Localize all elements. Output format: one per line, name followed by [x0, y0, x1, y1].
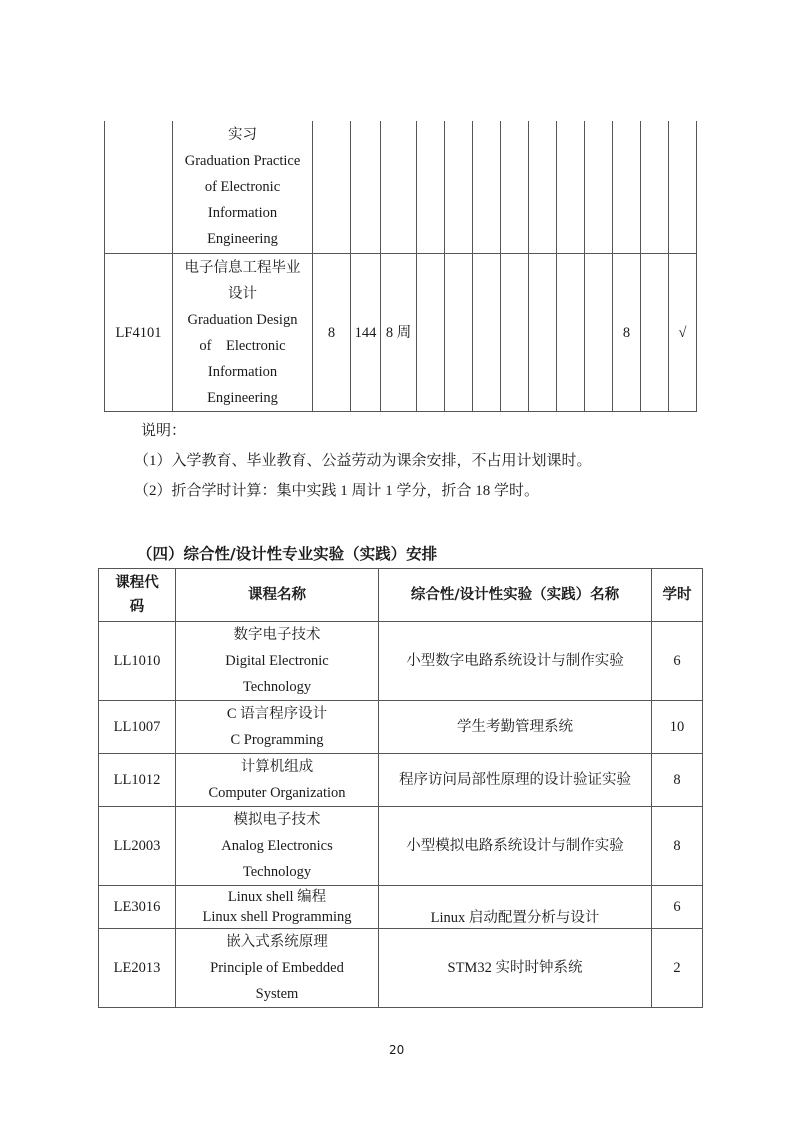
table-header-row: 课程代 码 课程名称 综合性/设计性实验（实践）名称 学时 [99, 569, 703, 622]
course-code-cell: LL1007 [99, 701, 176, 754]
hours-cell: 144 [351, 254, 381, 412]
experiment-schedule-table: 课程代 码 课程名称 综合性/设计性实验（实践）名称 学时 LL1010 数字电… [98, 568, 703, 1008]
header-experiment-name: 综合性/设计性实验（实践）名称 [379, 569, 652, 622]
experiment-name-cell: 程序访问局部性原理的设计验证实验 [379, 754, 652, 807]
course-name-line: System [176, 981, 378, 1007]
course-name-line: 嵌入式系统原理 [176, 929, 378, 955]
data-cell [417, 121, 445, 254]
data-cell [641, 254, 669, 412]
data-cell [501, 121, 529, 254]
hours-cell: 6 [652, 622, 703, 701]
course-code-cell: LL1012 [99, 754, 176, 807]
course-name-line: 模拟电子技术 [176, 807, 378, 833]
notes-title: 说明： [141, 421, 186, 441]
practice-schedule-table: 实习 Graduation Practice of Electronic Inf… [104, 121, 697, 412]
course-code-cell: LE2013 [99, 929, 176, 1008]
table-row: LL2003 模拟电子技术 Analog Electronics Technol… [99, 807, 703, 886]
course-name-line: Digital Electronic [176, 648, 378, 674]
section-heading: （四）综合性/设计性专业实验（实践）安排 [137, 542, 437, 564]
data-cell [417, 254, 445, 412]
course-name-line: Engineering [173, 385, 312, 411]
table-row: LE3016 Linux shell 编程 Linux shell Progra… [99, 886, 703, 929]
course-name-line: C Programming [176, 727, 378, 753]
course-name-line: Information [173, 200, 312, 226]
course-name-line: Engineering [173, 226, 312, 252]
course-name-line: 实习 [173, 122, 312, 148]
course-code-cell: LL1010 [99, 622, 176, 701]
data-cell [557, 121, 585, 254]
table-row: 实习 Graduation Practice of Electronic Inf… [105, 121, 697, 254]
data-cell [351, 121, 381, 254]
course-name-line: of Electronic [173, 174, 312, 200]
data-cell [557, 254, 585, 412]
experiment-name-cell: 小型数字电路系统设计与制作实验 [379, 622, 652, 701]
header-text: 课程代 [99, 571, 175, 595]
data-cell [613, 121, 641, 254]
course-name-cell: 模拟电子技术 Analog Electronics Technology [176, 807, 379, 886]
data-cell [585, 254, 613, 412]
table-row: LF4101 电子信息工程毕业 设计 Graduation Design of … [105, 254, 697, 412]
header-hours: 学时 [652, 569, 703, 622]
course-code-cell: LE3016 [99, 886, 176, 929]
course-name-line: Analog Electronics [176, 833, 378, 859]
semester-weeks-cell: 8 [613, 254, 641, 412]
course-code-cell: LL2003 [99, 807, 176, 886]
course-name-cell: 计算机组成 Computer Organization [176, 754, 379, 807]
course-name-cell: 数字电子技术 Digital Electronic Technology [176, 622, 379, 701]
course-name-cell: 电子信息工程毕业 设计 Graduation Design of Electro… [173, 254, 313, 412]
course-name-line: Computer Organization [176, 780, 378, 806]
course-name-line: Linux shell 编程 [176, 887, 378, 907]
header-course-name: 课程名称 [176, 569, 379, 622]
experiment-name-cell: Linux 启动配置分析与设计 [379, 886, 652, 929]
course-name-line: of Electronic [173, 333, 312, 359]
note-item: （1）入学教育、毕业教育、公益劳动为课余安排，不占用计划课时。 [134, 451, 592, 471]
page-number: 20 [389, 1043, 404, 1057]
course-name-line: Graduation Design [173, 307, 312, 333]
experiment-name-cell: STM32 实时时钟系统 [379, 929, 652, 1008]
experiment-name-cell: 小型模拟电路系统设计与制作实验 [379, 807, 652, 886]
course-name-line: 数字电子技术 [176, 622, 378, 648]
data-cell [445, 121, 473, 254]
table-row: LL1010 数字电子技术 Digital Electronic Technol… [99, 622, 703, 701]
hours-cell: 8 [652, 807, 703, 886]
course-name-line: 计算机组成 [176, 754, 378, 780]
checkmark-cell: √ [669, 254, 697, 412]
course-code-cell: LF4101 [105, 254, 173, 412]
data-cell [445, 254, 473, 412]
table-row: LL1007 C 语言程序设计 C Programming 学生考勤管理系统 1… [99, 701, 703, 754]
hours-cell: 6 [652, 886, 703, 929]
data-cell [381, 121, 417, 254]
data-cell [473, 254, 501, 412]
course-name-cell: 嵌入式系统原理 Principle of Embedded System [176, 929, 379, 1008]
course-name-line: Information [173, 359, 312, 385]
note-item: （2）折合学时计算：集中实践 1 周计 1 学分，折合 18 学时。 [134, 481, 539, 501]
header-course-code: 课程代 码 [99, 569, 176, 622]
course-name-cell: 实习 Graduation Practice of Electronic Inf… [173, 121, 313, 254]
hours-cell: 8 [652, 754, 703, 807]
course-name-line: 电子信息工程毕业 [173, 255, 312, 281]
header-text: 码 [99, 595, 175, 619]
data-cell [641, 121, 669, 254]
course-name-line: Graduation Practice [173, 148, 312, 174]
data-cell [529, 121, 557, 254]
table-row: LE2013 嵌入式系统原理 Principle of Embedded Sys… [99, 929, 703, 1008]
course-name-line: C 语言程序设计 [176, 701, 378, 727]
data-cell [501, 254, 529, 412]
experiment-name-cell: 学生考勤管理系统 [379, 701, 652, 754]
hours-cell: 10 [652, 701, 703, 754]
course-name-cell: Linux shell 编程 Linux shell Programming [176, 886, 379, 929]
course-name-line: Principle of Embedded [176, 955, 378, 981]
course-name-line: Technology [176, 859, 378, 885]
data-cell [669, 121, 697, 254]
data-cell [585, 121, 613, 254]
course-name-cell: C 语言程序设计 C Programming [176, 701, 379, 754]
course-name-line: Linux shell Programming [176, 907, 378, 927]
credits-cell: 8 [313, 254, 351, 412]
course-name-line: 设计 [173, 281, 312, 307]
table-row: LL1012 计算机组成 Computer Organization 程序访问局… [99, 754, 703, 807]
data-cell [473, 121, 501, 254]
weeks-cell: 8 周 [381, 254, 417, 412]
hours-cell: 2 [652, 929, 703, 1008]
data-cell [313, 121, 351, 254]
course-name-line: Technology [176, 674, 378, 700]
data-cell [529, 254, 557, 412]
course-code-cell [105, 121, 173, 254]
